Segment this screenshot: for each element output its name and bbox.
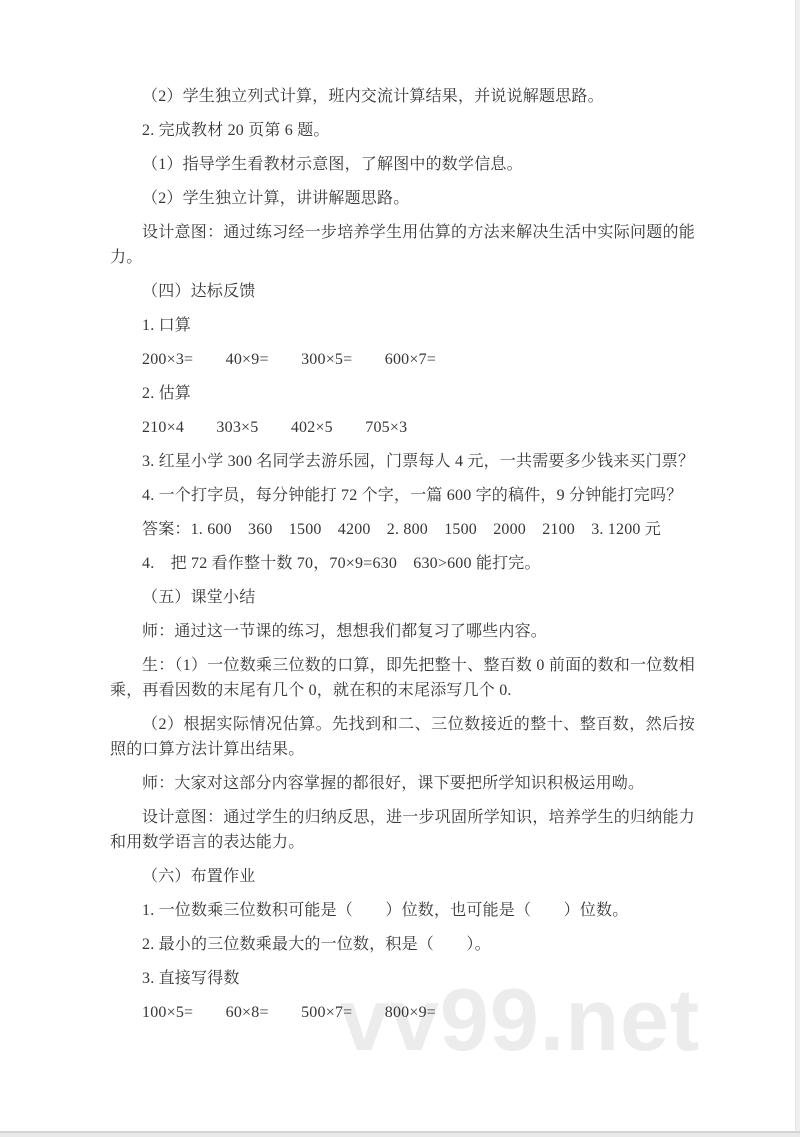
equation-row-homework: 100×5= 60×8= 500×7= 800×9=	[110, 1000, 695, 1025]
paragraph-task2: 2. 完成教材 20 页第 6 题。	[110, 118, 695, 143]
homework-1: 1. 一位数乘三位数积可能是（ ）位数，也可能是（ ）位数。	[110, 898, 695, 923]
section-heading-4: （四）达标反馈	[110, 279, 695, 304]
paragraph-task2-2: （2）学生独立计算，讲讲解题思路。	[110, 186, 695, 211]
paragraph-step2: （2）学生独立列式计算，班内交流计算结果，并说说解题思路。	[110, 84, 695, 109]
homework-2: 2. 最小的三位数乘最大的一位数，积是（ ）。	[110, 932, 695, 957]
paragraph-estimate-label: 2. 估算	[110, 381, 695, 406]
document-content: （2）学生独立列式计算，班内交流计算结果，并说说解题思路。 2. 完成教材 20…	[110, 0, 695, 1034]
paragraph-teacher-2: 师：大家对这部分内容掌握的都很好，课下要把所学知识积极运用呦。	[110, 771, 695, 796]
paragraph-design-intent-1: 设计意图：通过练习经一步培养学生用估算的方法来解决生活中实际问题的能力。	[110, 220, 695, 270]
paragraph-problem-3: 3. 红星小学 300 名同学去游乐园，门票每人 4 元，一共需要多少钱来买门票…	[110, 449, 695, 474]
paragraph-problem-4: 4. 一个打字员，每分钟能打 72 个字，一篇 600 字的稿件，9 分钟能打完…	[110, 483, 695, 508]
page-bottom-edge	[0, 1131, 800, 1137]
paragraph-task2-1: （1）指导学生看教材示意图，了解图中的数学信息。	[110, 152, 695, 177]
answers-line: 答案：1. 600 360 1500 4200 2. 800 1500 2000…	[110, 517, 695, 542]
paragraph-oral-label: 1. 口算	[110, 313, 695, 338]
section-heading-5: （五）课堂小结	[110, 585, 695, 610]
equation-row-estimate: 210×4 303×5 402×5 705×3	[110, 415, 695, 440]
answer-line-4: 4. 把 72 看作整十数 70，70×9=630 630>600 能打完。	[110, 551, 695, 576]
equation-row-oral: 200×3= 40×9= 300×5= 600×7=	[110, 347, 695, 372]
paragraph-teacher-1: 师：通过这一节课的练习，想想我们都复习了哪些内容。	[110, 619, 695, 644]
section-heading-6: （六）布置作业	[110, 864, 695, 889]
homework-3-label: 3. 直接写得数	[110, 966, 695, 991]
paragraph-student-1: 生：（1）一位数乘三位数的口算，即先把整十、整百数 0 前面的数和一位数相乘，再…	[110, 653, 695, 703]
paragraph-student-2: （2）根据实际情况估算。先找到和二、三位数接近的整十、整百数，然后按照的口算方法…	[110, 712, 695, 762]
paragraph-design-intent-2: 设计意图：通过学生的归纳反思，进一步巩固所学知识，培养学生的归纳能力和用数学语言…	[110, 805, 695, 855]
document-page: vv99.net （2）学生独立列式计算，班内交流计算结果，并说说解题思路。 2…	[0, 0, 796, 1131]
